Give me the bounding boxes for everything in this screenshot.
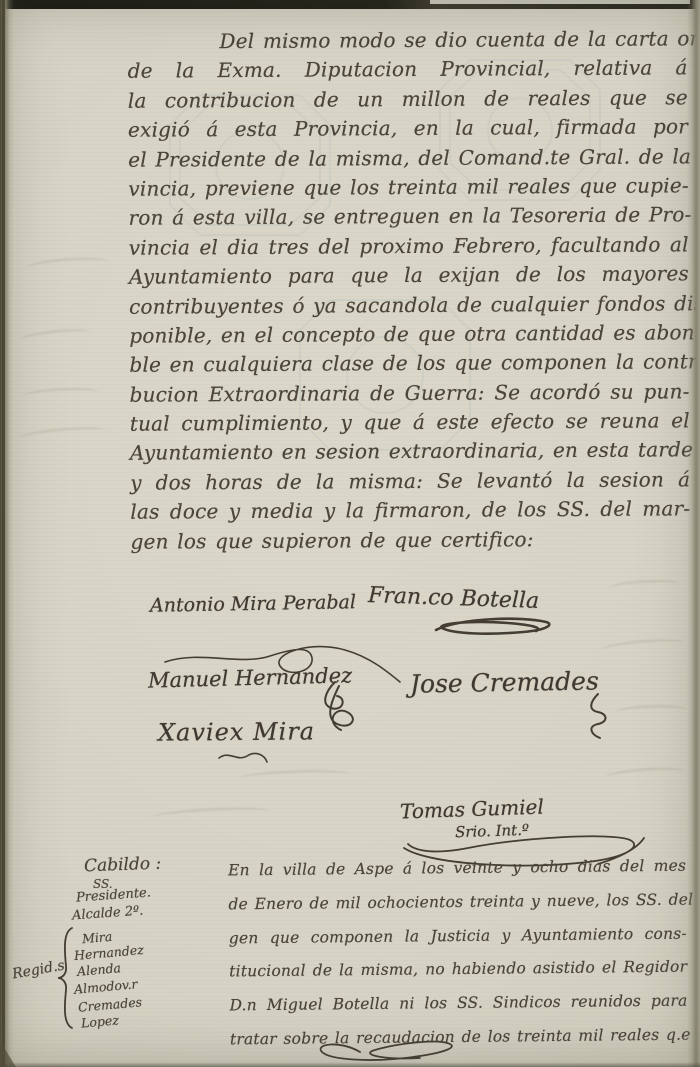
cabildo-heading: Cabildo : <box>84 854 162 877</box>
signature-antonio-mira-perabal: Antonio Mira Perabal <box>150 591 356 617</box>
rubric-flourish-botella <box>428 610 558 638</box>
margin-regidor-name: Mira <box>81 929 112 947</box>
manuscript-line: D.n Miguel Botella ni los SS. Sindicos r… <box>229 985 687 1024</box>
manuscript-line: Ayuntamiento en sesion extraordinaria, e… <box>130 436 690 469</box>
bleed-through-mark <box>28 255 109 274</box>
margin-regidor-name: Alenda <box>76 960 121 979</box>
scan-left-edge-line <box>2 0 5 1067</box>
bleed-through-mark <box>18 424 107 445</box>
margin-regidor-name: Cremades <box>77 994 142 1015</box>
manuscript-line: tual cumplimiento, y que á este efecto s… <box>130 406 690 439</box>
bleed-through-mark <box>605 765 686 784</box>
rubric-flourish-cremades <box>580 692 614 740</box>
manuscript-line: Del mismo modo se dio cuenta de la carta… <box>127 24 687 57</box>
cabildo-entry-paragraph: En la villa de Aspe á los veinte y ocho … <box>228 850 688 1058</box>
minute-entry-paragraph: Del mismo modo se dio cuenta de la carta… <box>127 24 690 556</box>
manuscript-line: En la villa de Aspe á los veinte y ocho … <box>228 850 686 889</box>
scan-bottom-edge <box>0 1062 700 1067</box>
scan-top-edge-highlight <box>430 0 690 4</box>
manuscript-line: ron á esta villa, se entreguen en la Tes… <box>128 201 688 234</box>
signature-jose-cremades: Jose Cremades <box>410 666 599 698</box>
signature-tomas-gumiel: Tomas Gumiel <box>400 794 545 823</box>
manuscript-line: el Presidente de la misma, del Comand.te… <box>128 142 688 175</box>
manuscript-line: gen que componen la Justicia y Ayuntamie… <box>229 917 687 956</box>
bleed-through-mark <box>20 326 91 345</box>
manuscript-line: vincia, previene que los treinta mil rea… <box>128 171 688 204</box>
manuscript-line: la contribucion de un millon de reales q… <box>128 83 688 116</box>
manuscript-line: y dos horas de la misma: Se levantó la s… <box>130 465 690 498</box>
manuscript-line: de Enero de mil ochocientos treinta y nu… <box>228 883 686 922</box>
manuscript-line: Ayuntamiento para que la exijan de los m… <box>129 259 689 292</box>
bleed-through-mark <box>610 578 681 594</box>
margin-alcalde: Alcalde 2º. <box>72 904 144 924</box>
manuscript-line: vincia el dia tres del proximo Febrero, … <box>129 230 689 263</box>
signature-javier-mira: Xaviex Mira <box>158 717 315 746</box>
margin-regidor-name: Lopez <box>80 1012 119 1030</box>
manuscript-line: de la Exma. Diputacion Provincial, relat… <box>128 54 688 87</box>
manuscript-line: ble en cualquiera clase de los que compo… <box>129 348 689 381</box>
scan-bottom-left-corner <box>0 1041 16 1067</box>
manuscript-line: exigió á esta Provincia, en la cual, fir… <box>128 112 688 145</box>
rubric-flourish-mira <box>215 748 271 766</box>
manuscript-line: contribuyentes ó ya sacandola de cualqui… <box>129 289 689 322</box>
manuscript-page-scan: Del mismo modo se dio cuenta de la carta… <box>0 0 700 1067</box>
bleed-through-mark <box>240 768 350 785</box>
manuscript-line: gen los que supieron de que certifico: <box>130 524 690 557</box>
manuscript-line: titucional de la misma, no habiendo asis… <box>229 951 687 990</box>
bleed-through-mark <box>150 805 271 824</box>
bleed-through-mark <box>615 704 687 719</box>
regidores-brace <box>56 926 76 1030</box>
margin-presidente: Presidente. <box>76 885 152 905</box>
manuscript-line: ponible, en el concepto de que otra cant… <box>129 318 689 351</box>
scan-right-edge <box>687 0 700 1067</box>
margin-regidor-name: Almodov.r <box>73 976 138 996</box>
bleed-through-mark <box>22 386 99 402</box>
bleed-through-mark <box>600 636 685 656</box>
manuscript-line: las doce y media y la firmaron, de los S… <box>130 495 690 528</box>
manuscript-line: bucion Extraordinaria de Guerra: Se acor… <box>130 377 690 410</box>
